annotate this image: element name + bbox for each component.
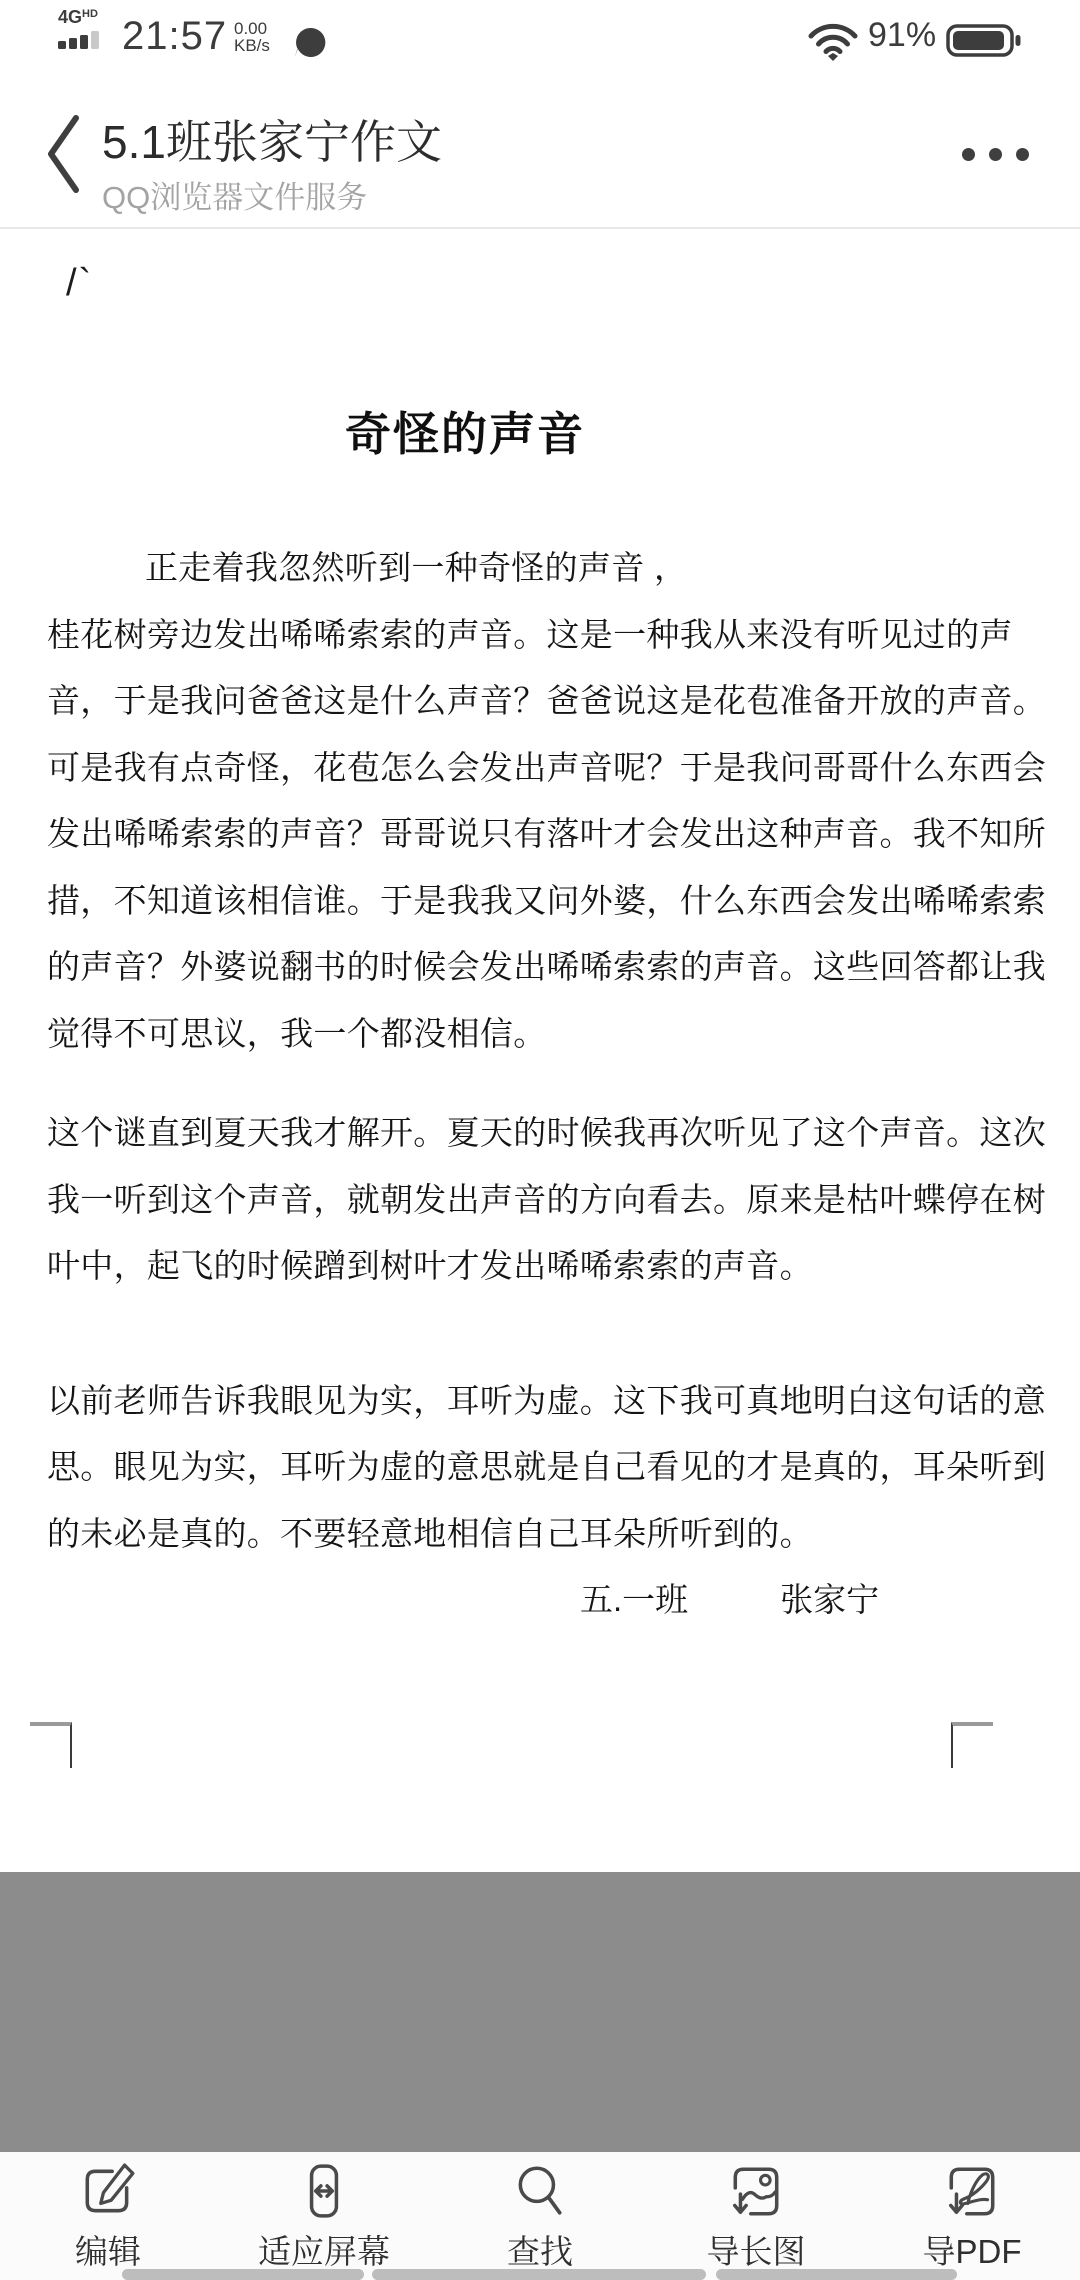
signal-bar	[91, 31, 99, 49]
doc-body: 正走着我忽然听到一种奇怪的声音 ， 桂花树旁边发出唏唏索索的声音。这是一种我从来…	[47, 535, 1042, 1634]
doc-line: 以前老师告诉我眼见为实，耳听为虚。这下我可真地明白这句话的意	[47, 1368, 1042, 1435]
signal-bars-icon	[58, 31, 118, 49]
bottom-gray-bar	[716, 2269, 957, 2280]
status-bar: 4GHD 21:57 0.00 KB/s 9	[0, 0, 1080, 62]
battery-percent: 91%	[868, 16, 936, 55]
toolbar-item-label: 查找	[507, 2226, 573, 2273]
fit-screen-icon	[295, 2162, 353, 2220]
page-corner-mark-left	[30, 1722, 72, 1768]
menu-dot-icon	[989, 148, 1002, 161]
network-speed-value: 0.00	[234, 20, 270, 37]
doc-stray-mark: /`	[66, 262, 93, 305]
export-long-image-icon	[727, 2162, 785, 2220]
toolbar-item-label: 编辑	[75, 2226, 141, 2273]
page-end-gray-area	[0, 1872, 1080, 2152]
network-speed-unit: KB/s	[234, 37, 270, 54]
doc-paragraph: 这个谜直到夏天我才解开。夏天的时候我再次听见了这个声音。这次 我一听到这个声音，…	[47, 1100, 1042, 1300]
bottom-gray-bar	[122, 2269, 364, 2280]
search-icon	[511, 2162, 569, 2220]
doc-line: 桂花树旁边发出唏唏索索的声音。这是一种我从来没有听见过的声	[47, 602, 1042, 669]
doc-line: 觉得不可思议，我一个都没相信。	[47, 1001, 1042, 1068]
toolbar-item-label: 导PDF	[923, 2226, 1022, 2273]
export-pdf-icon	[943, 2162, 1001, 2220]
cellular-signal: 4GHD	[58, 8, 118, 49]
signature-class: 五.一班	[580, 1567, 688, 1634]
doc-line: 可是我有点奇怪，花苞怎么会发出声音呢？于是我问哥哥什么东西会	[47, 735, 1042, 802]
toolbar-item-label: 导长图	[707, 2226, 806, 2273]
doc-line: 发出唏唏索索的声音？哥哥说只有落叶才会发出这种声音。我不知所	[47, 801, 1042, 868]
doc-line: 我一听到这个声音，就朝发出声音的方向看去。原来是枯叶蝶停在树	[47, 1167, 1042, 1234]
doc-paragraph: 以前老师告诉我眼见为实，耳听为虚。这下我可真地明白这句话的意 思。眼见为实，耳听…	[47, 1368, 1042, 1568]
edit-icon	[79, 2162, 137, 2220]
bottom-toolbar: 编辑 适应屏幕 查找	[0, 2152, 1080, 2280]
signature-name: 张家宁	[780, 1567, 879, 1634]
phone-screen: 4GHD 21:57 0.00 KB/s 9	[0, 0, 1080, 2280]
menu-dot-icon	[1016, 148, 1029, 161]
doc-line: 音，于是我问爸爸这是什么声音？爸爸说这是花苞准备开放的声音。	[47, 668, 1042, 735]
doc-line: 措，不知道该相信谁。于是我我又问外婆，什么东西会发出唏唏索索	[47, 868, 1042, 935]
battery-icon	[946, 24, 1022, 63]
header-divider	[0, 227, 1080, 229]
more-menu-button[interactable]	[962, 148, 1029, 161]
menu-dot-icon	[962, 148, 975, 161]
network-speed: 0.00 KB/s	[234, 20, 270, 54]
toolbar-item-export-long-image[interactable]: 导长图	[648, 2152, 864, 2280]
doc-title: 奇怪的声音	[0, 398, 930, 464]
toolbar-item-find[interactable]: 查找	[432, 2152, 648, 2280]
doc-line: 的未必是真的。不要轻意地相信自己耳朵所听到的。	[47, 1501, 1042, 1568]
message-bubble-icon	[292, 26, 328, 65]
page-corner-mark-right	[951, 1722, 993, 1768]
network-type-label: 4GHD	[58, 8, 118, 26]
page-subtitle: QQ浏览器文件服务	[102, 172, 367, 217]
doc-paragraph: 正走着我忽然听到一种奇怪的声音 ， 桂花树旁边发出唏唏索索的声音。这是一种我从来…	[47, 535, 1042, 1067]
toolbar-item-edit[interactable]: 编辑	[0, 2152, 216, 2280]
network-4g-label: 4G	[58, 7, 82, 27]
page-title: 5.1班张家宁作文	[102, 106, 442, 172]
back-chevron-icon	[46, 114, 82, 194]
signal-bar	[80, 35, 88, 49]
toolbar-item-label: 适应屏幕	[258, 2226, 390, 2273]
doc-line: 的声音？外婆说翻书的时候会发出唏唏索索的声音。这些回答都让我	[47, 934, 1042, 1001]
status-time: 21:57	[122, 14, 227, 59]
doc-line: 叶中，起飞的时候蹭到树叶才发出唏唏索索的声音。	[47, 1233, 1042, 1300]
doc-line: 这个谜直到夏天我才解开。夏天的时候我再次听见了这个声音。这次	[47, 1100, 1042, 1167]
signal-bar	[58, 41, 66, 49]
back-button[interactable]	[46, 114, 82, 199]
doc-line: 思。眼见为实，耳听为虚的意思就是自己看见的才是真的，耳朵听到	[47, 1434, 1042, 1501]
doc-line: 正走着我忽然听到一种奇怪的声音 ，	[47, 535, 1042, 602]
toolbar-item-fit-screen[interactable]: 适应屏幕	[216, 2152, 432, 2280]
signal-bar	[69, 38, 77, 49]
doc-signature: 五.一班 张家宁	[47, 1567, 1042, 1634]
toolbar-item-export-pdf[interactable]: 导PDF	[864, 2152, 1080, 2280]
network-hd-badge: HD	[82, 8, 98, 20]
wifi-icon	[806, 22, 860, 67]
bottom-gray-bar	[372, 2269, 706, 2280]
